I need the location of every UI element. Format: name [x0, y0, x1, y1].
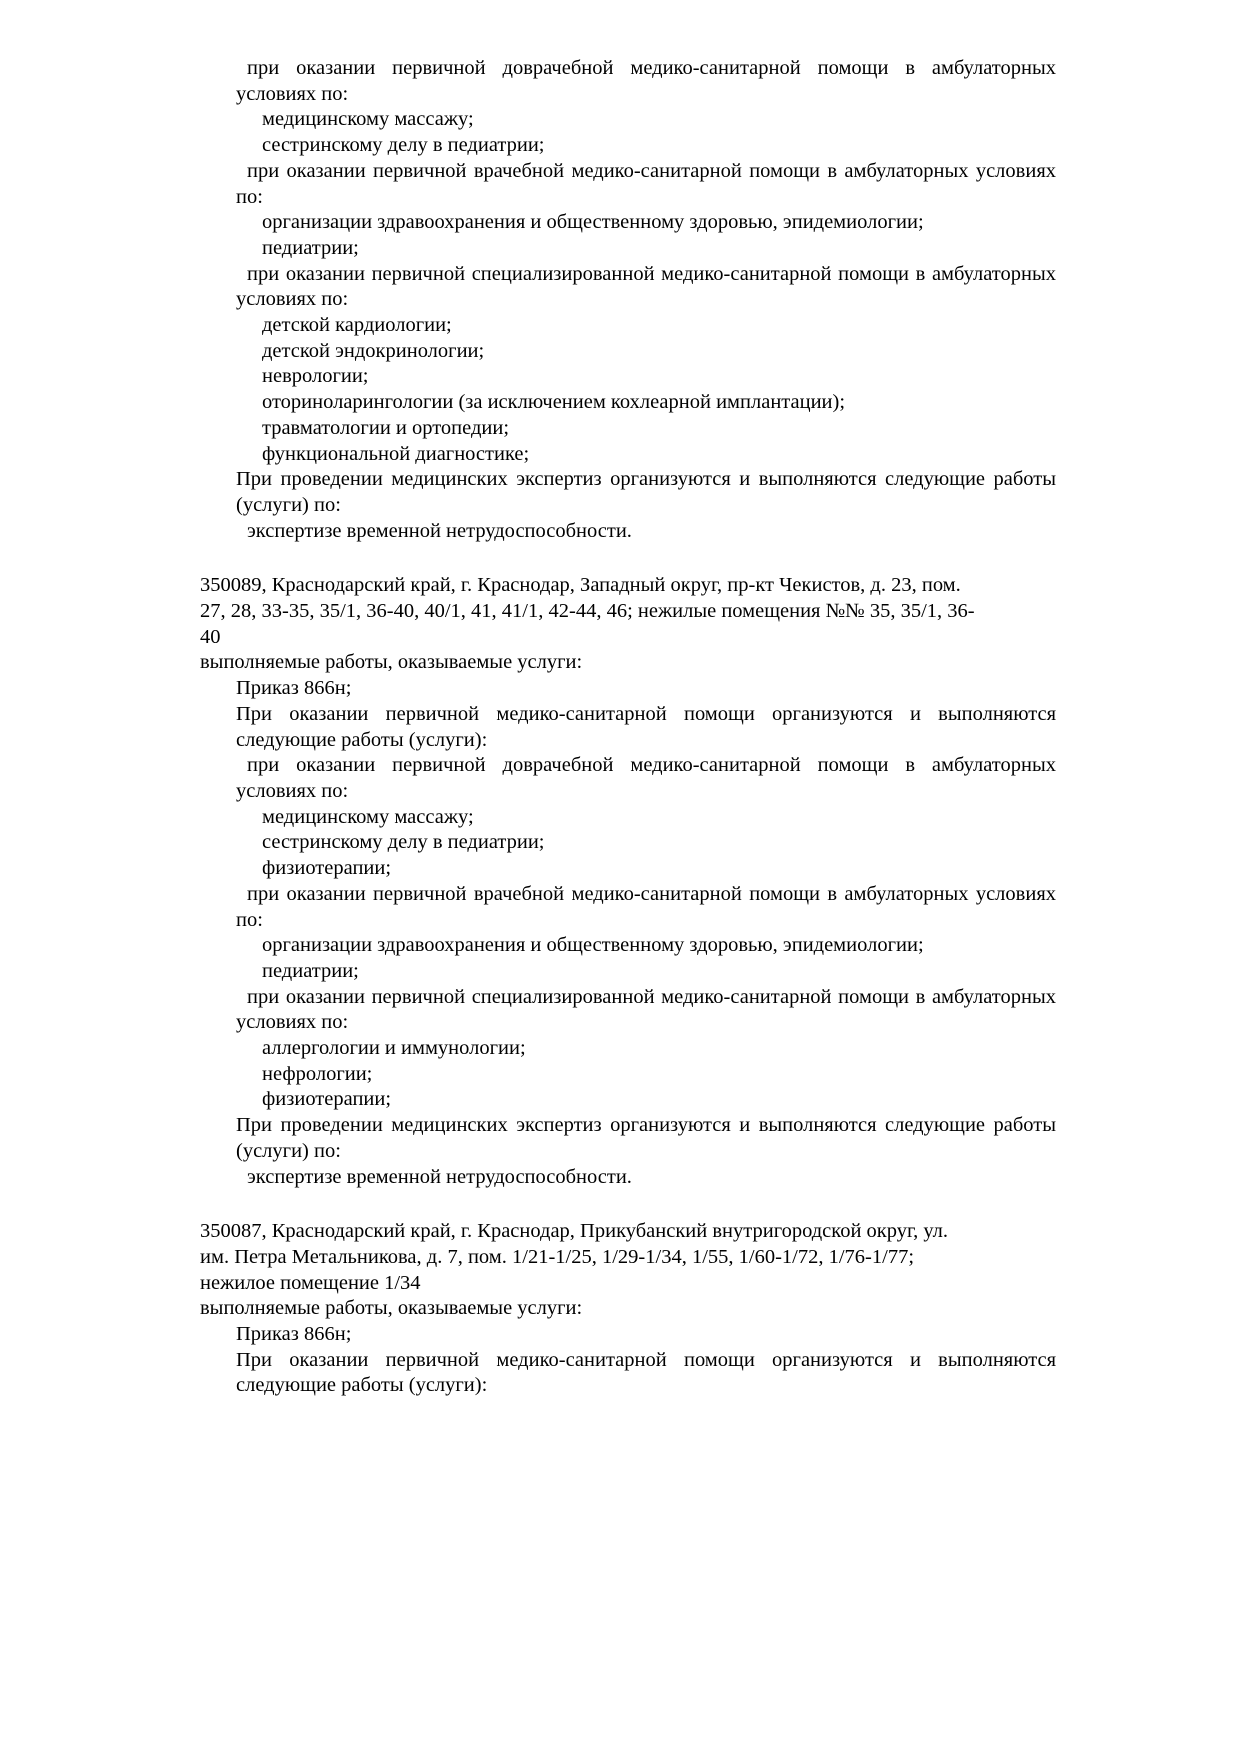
paragraph: при оказании первичной врачебной медико-… [222, 882, 1056, 933]
list-item: нефрологии; [222, 1062, 1056, 1088]
list-item: медицинскому массажу; [222, 107, 1056, 133]
list-item: сестринскому делу в педиатрии; [222, 830, 1056, 856]
list-item: сестринскому делу в педиатрии; [222, 133, 1056, 159]
list-item: травматологии и ортопедии; [222, 416, 1056, 442]
location-address: 350087, Краснодарский край, г. Краснодар… [200, 1219, 1080, 1296]
list-item: оториноларингологии (за исключением кохл… [222, 390, 1056, 416]
list-item: Приказ 866н; [222, 676, 1056, 702]
address-line: 350089, Краснодарский край, г. Краснодар… [200, 573, 1080, 599]
list-item: аллергологии и иммунологии; [222, 1036, 1056, 1062]
list-item: медицинскому массажу; [222, 805, 1056, 831]
address-line: нежилое помещение 1/34 [200, 1271, 1080, 1297]
address-line: им. Петра Метальникова, д. 7, пом. 1/21-… [200, 1245, 1080, 1271]
paragraph: При оказании первичной медико-санитарной… [222, 702, 1056, 753]
paragraph: при оказании первичной доврачебной медик… [222, 753, 1056, 804]
list-item: неврологии; [222, 364, 1056, 390]
continued-section: при оказании первичной доврачебной медик… [222, 56, 1056, 544]
list-item: организации здравоохранения и общественн… [222, 210, 1056, 236]
list-item: детской эндокринологии; [222, 339, 1056, 365]
list-item: физиотерапии; [222, 856, 1056, 882]
list-item: организации здравоохранения и общественн… [222, 933, 1056, 959]
location-section: 350089, Краснодарский край, г. Краснодар… [222, 573, 1056, 1190]
list-item: экспертизе временной нетрудоспособности. [222, 519, 1056, 545]
document-body: при оказании первичной доврачебной медик… [222, 56, 1056, 1399]
paragraph: При проведении медицинских экспертиз орг… [222, 467, 1056, 518]
section-spacer [222, 1190, 1056, 1219]
paragraph: при оказании первичной специализированно… [222, 262, 1056, 313]
paragraph: при оказании первичной доврачебной медик… [222, 56, 1056, 107]
list-item: экспертизе временной нетрудоспособности. [222, 1165, 1056, 1191]
paragraph: При проведении медицинских экспертиз орг… [222, 1113, 1056, 1164]
location-section: 350087, Краснодарский край, г. Краснодар… [222, 1219, 1056, 1399]
location-address: 350089, Краснодарский край, г. Краснодар… [200, 573, 1080, 650]
paragraph: при оказании первичной врачебной медико-… [222, 159, 1056, 210]
list-item: физиотерапии; [222, 1087, 1056, 1113]
list-item: педиатрии; [222, 959, 1056, 985]
list-item: детской кардиологии; [222, 313, 1056, 339]
list-item: Приказ 866н; [222, 1322, 1056, 1348]
list-item: педиатрии; [222, 236, 1056, 262]
address-line: 40 [200, 625, 1080, 651]
works-header: выполняемые работы, оказываемые услуги: [200, 1296, 1056, 1322]
locations-list: 350089, Краснодарский край, г. Краснодар… [222, 544, 1056, 1399]
address-line: 27, 28, 33-35, 35/1, 36-40, 40/1, 41, 41… [200, 599, 1080, 625]
list-item: функциональной диагностике; [222, 442, 1056, 468]
paragraph: При оказании первичной медико-санитарной… [222, 1348, 1056, 1399]
works-header: выполняемые работы, оказываемые услуги: [200, 650, 1056, 676]
paragraph: при оказании первичной специализированно… [222, 985, 1056, 1036]
section-spacer [222, 544, 1056, 573]
document-page: при оказании первичной доврачебной медик… [0, 0, 1241, 1755]
address-line: 350087, Краснодарский край, г. Краснодар… [200, 1219, 1080, 1245]
